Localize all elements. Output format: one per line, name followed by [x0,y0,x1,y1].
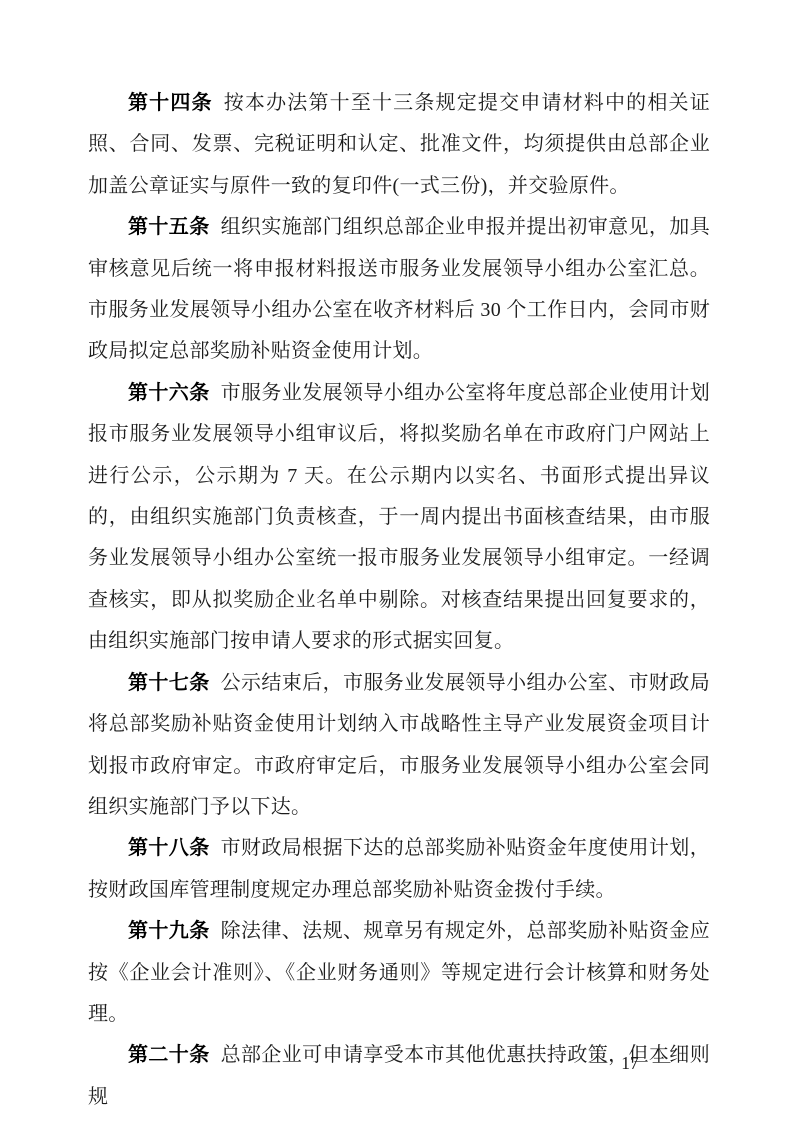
page-number-dash-left: — [590,1051,608,1072]
article-number: 第十五条 [128,216,210,238]
article-number: 第十七条 [128,672,210,694]
article-number: 第二十条 [128,1044,210,1066]
article-number: 第十六条 [128,382,210,404]
article-number: 第十八条 [128,837,210,859]
article-text: 市服务业发展领导小组办公室将年度总部企业使用计划报市服务业发展领导小组审议后，将… [88,382,710,652]
article-paragraph-14: 第十四条按本办法第十至十三条规定提交申请材料中的相关证照、合同、发票、完税证明和… [88,83,710,207]
article-paragraph-19: 第十九条除法律、法规、规章另有规定外，总部奖励补贴资金应按《企业会计准则》、《企… [88,911,710,1035]
document-page: 第十四条按本办法第十至十三条规定提交申请材料中的相关证照、合同、发票、完税证明和… [0,0,794,1123]
article-number: 第十四条 [128,92,213,114]
article-paragraph-16: 第十六条市服务业发展领导小组办公室将年度总部企业使用计划报市服务业发展领导小组审… [88,373,710,663]
article-paragraph-17: 第十七条公示结束后，市服务业发展领导小组办公室、市财政局将总部奖励补贴资金使用计… [88,663,710,829]
article-text: 组织实施部门组织总部企业申报并提出初审意见，加具审核意见后统一将申报材料报送市服… [88,216,710,362]
document-body: 第十四条按本办法第十至十三条规定提交申请材料中的相关证照、合同、发票、完税证明和… [88,83,710,1118]
page-number-dash-right: — [653,1051,671,1072]
article-paragraph-15: 第十五条组织实施部门组织总部企业申报并提出初审意见，加具审核意见后统一将申报材料… [88,207,710,373]
article-number: 第十九条 [128,920,210,942]
article-paragraph-20: 第二十条总部企业可申请享受本市其他优惠扶持政策，但本细则规 [88,1035,710,1118]
page-footer: —17— [560,1053,700,1074]
page-number: 17 [621,1053,639,1074]
article-paragraph-18: 第十八条市财政局根据下达的总部奖励补贴资金年度使用计划，按财政国库管理制度规定办… [88,828,710,911]
